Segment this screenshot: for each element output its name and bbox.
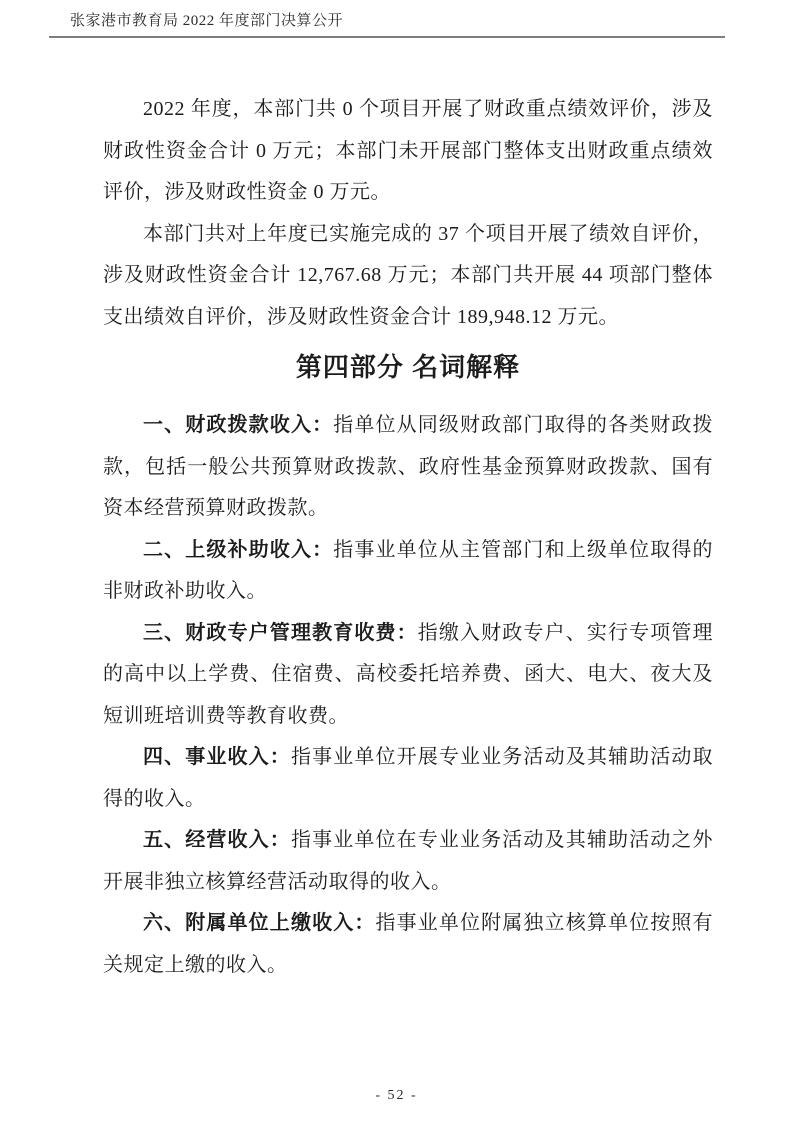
document-page: 张家港市教育局 2022 年度部门决算公开 2022 年度，本部门共 0 个项目… — [0, 0, 793, 1122]
definition-item-5: 五、经营收入：指事业单位在专业业务活动及其辅助活动之外开展非独立核算经营活动取得… — [103, 820, 713, 903]
definition-item-3: 三、财政专户管理教育收费：指缴入财政专户、实行专项管理的高中以上学费、住宿费、高… — [103, 613, 713, 738]
definition-term-4: 四、事业收入： — [143, 746, 291, 768]
definition-item-1: 一、财政拨款收入：指单位从同级财政部门取得的各类财政拨款，包括一般公共预算财政拨… — [103, 405, 713, 530]
document-body: 2022 年度，本部门共 0 个项目开展了财政重点绩效评价，涉及财政性资金合计 … — [103, 89, 713, 986]
page-number: - 52 - — [375, 1088, 417, 1103]
paragraph-key-performance-eval: 2022 年度，本部门共 0 个项目开展了财政重点绩效评价，涉及财政性资金合计 … — [103, 89, 713, 214]
header-title: 张家港市教育局 2022 年度部门决算公开 — [70, 9, 725, 30]
definition-term-3: 三、财政专户管理教育收费： — [143, 622, 418, 644]
definition-term-2: 二、上级补助收入： — [143, 539, 333, 561]
definition-item-2: 二、上级补助收入：指事业单位从主管部门和上级单位取得的非财政补助收入。 — [103, 530, 713, 613]
section-heading: 第四部分 名词解释 — [103, 347, 713, 387]
definition-term-1: 一、财政拨款收入： — [143, 414, 333, 436]
definition-item-4: 四、事业收入：指事业单位开展专业业务活动及其辅助活动取得的收入。 — [103, 737, 713, 820]
definition-term-6: 六、附属单位上缴收入： — [143, 912, 375, 934]
page-footer: - 52 - — [0, 1086, 793, 1104]
definition-item-6: 六、附属单位上缴收入：指事业单位附属独立核算单位按照有关规定上缴的收入。 — [103, 903, 713, 986]
page-header: 张家港市教育局 2022 年度部门决算公开 — [49, 8, 725, 38]
definition-term-5: 五、经营收入： — [143, 829, 291, 851]
paragraph-self-performance-eval: 本部门共对上年度已实施完成的 37 个项目开展了绩效自评价，涉及财政性资金合计 … — [103, 214, 713, 339]
